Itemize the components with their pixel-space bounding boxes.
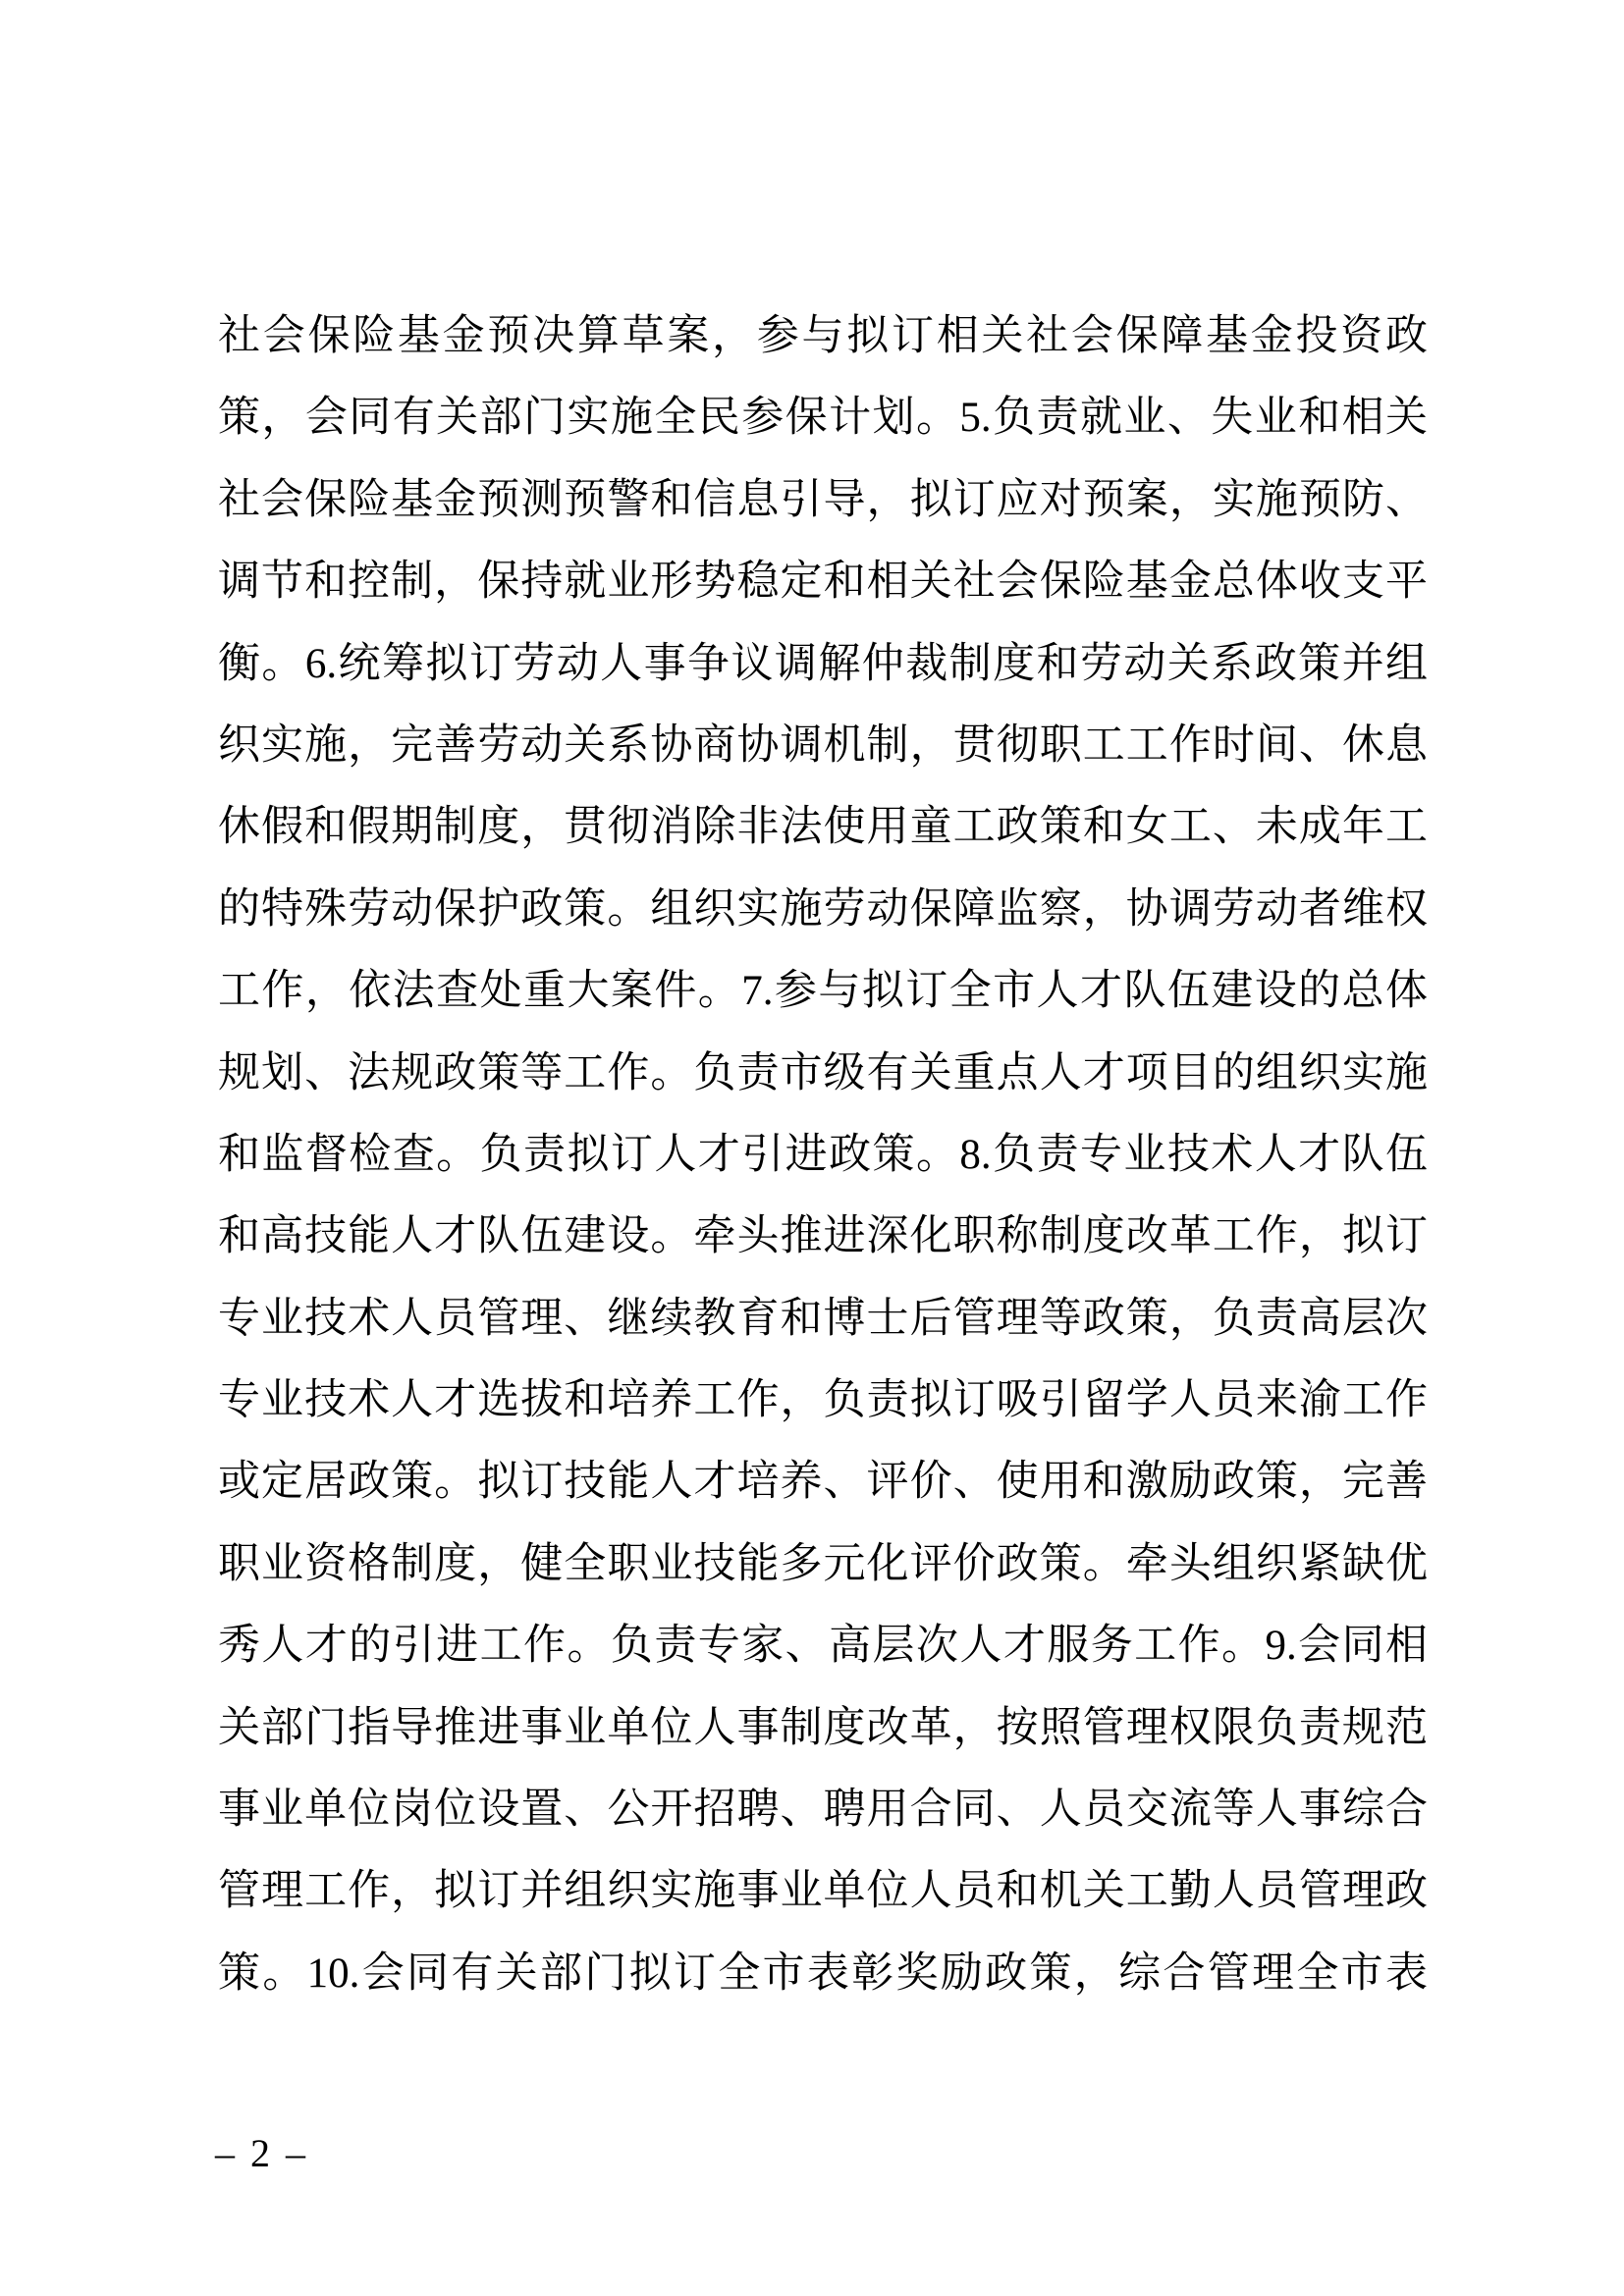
text-line: 的特殊劳动保护政策。组织实施劳动保障监察，协调劳动者维权 bbox=[218, 869, 1428, 950]
text-line: 事业单位岗位设置、公开招聘、聘用合同、人员交流等人事综合 bbox=[218, 1769, 1428, 1850]
text-line: 衡。6.统筹拟订劳动人事争议调解仲裁制度和劳动关系政策并组 bbox=[218, 623, 1428, 705]
text-line: 织实施，完善劳动关系协商协调机制，贯彻职工工作时间、休息 bbox=[218, 705, 1428, 786]
text-line: 管理工作，拟订并组织实施事业单位人员和机关工勤人员管理政 bbox=[218, 1850, 1428, 1932]
text-line: 休假和假期制度，贯彻消除非法使用童工政策和女工、未成年工 bbox=[218, 786, 1428, 868]
text-line: 职业资格制度，健全职业技能多元化评价政策。牵头组织紧缺优 bbox=[218, 1523, 1428, 1605]
text-line: 或定居政策。拟订技能人才培养、评价、使用和激励政策，完善 bbox=[218, 1441, 1428, 1522]
text-line: 调节和控制，保持就业形势稳定和相关社会保险基金总体收支平 bbox=[218, 541, 1428, 622]
text-line: 和高技能人才队伍建设。牵头推进深化职称制度改革工作，拟订 bbox=[218, 1196, 1428, 1277]
text-line: 规划、法规政策等工作。负责市级有关重点人才项目的组织实施 bbox=[218, 1033, 1428, 1114]
text-line: 工作，依法查处重大案件。7.参与拟订全市人才队伍建设的总体 bbox=[218, 950, 1428, 1032]
document-body-text: 社会保险基金预决算草案，参与拟订相关社会保障基金投资政 策，会同有关部门实施全民… bbox=[218, 295, 1428, 2014]
text-line: 策。10.会同有关部门拟订全市表彰奖励政策，综合管理全市表 bbox=[218, 1933, 1428, 2014]
text-line: 专业技术人才选拔和培养工作，负责拟订吸引留学人员来渝工作 bbox=[218, 1360, 1428, 1441]
text-line: 专业技术人员管理、继续教育和博士后管理等政策，负责高层次 bbox=[218, 1278, 1428, 1360]
text-line: 秀人才的引进工作。负责专家、高层次人才服务工作。9.会同相 bbox=[218, 1605, 1428, 1686]
text-line: 社会保险基金预测预警和信息引导，拟订应对预案，实施预防、 bbox=[218, 459, 1428, 541]
text-line: 策，会同有关部门实施全民参保计划。5.负责就业、失业和相关 bbox=[218, 377, 1428, 458]
document-page: 社会保险基金预决算草案，参与拟订相关社会保障基金投资政 策，会同有关部门实施全民… bbox=[0, 0, 1624, 2296]
text-line: 关部门指导推进事业单位人事制度改革，按照管理权限负责规范 bbox=[218, 1687, 1428, 1769]
text-line: 和监督检查。负责拟订人才引进政策。8.负责专业技术人才队伍 bbox=[218, 1114, 1428, 1196]
text-line: 社会保险基金预决算草案，参与拟订相关社会保障基金投资政 bbox=[218, 295, 1428, 377]
page-number: – 2 – bbox=[215, 2132, 305, 2175]
